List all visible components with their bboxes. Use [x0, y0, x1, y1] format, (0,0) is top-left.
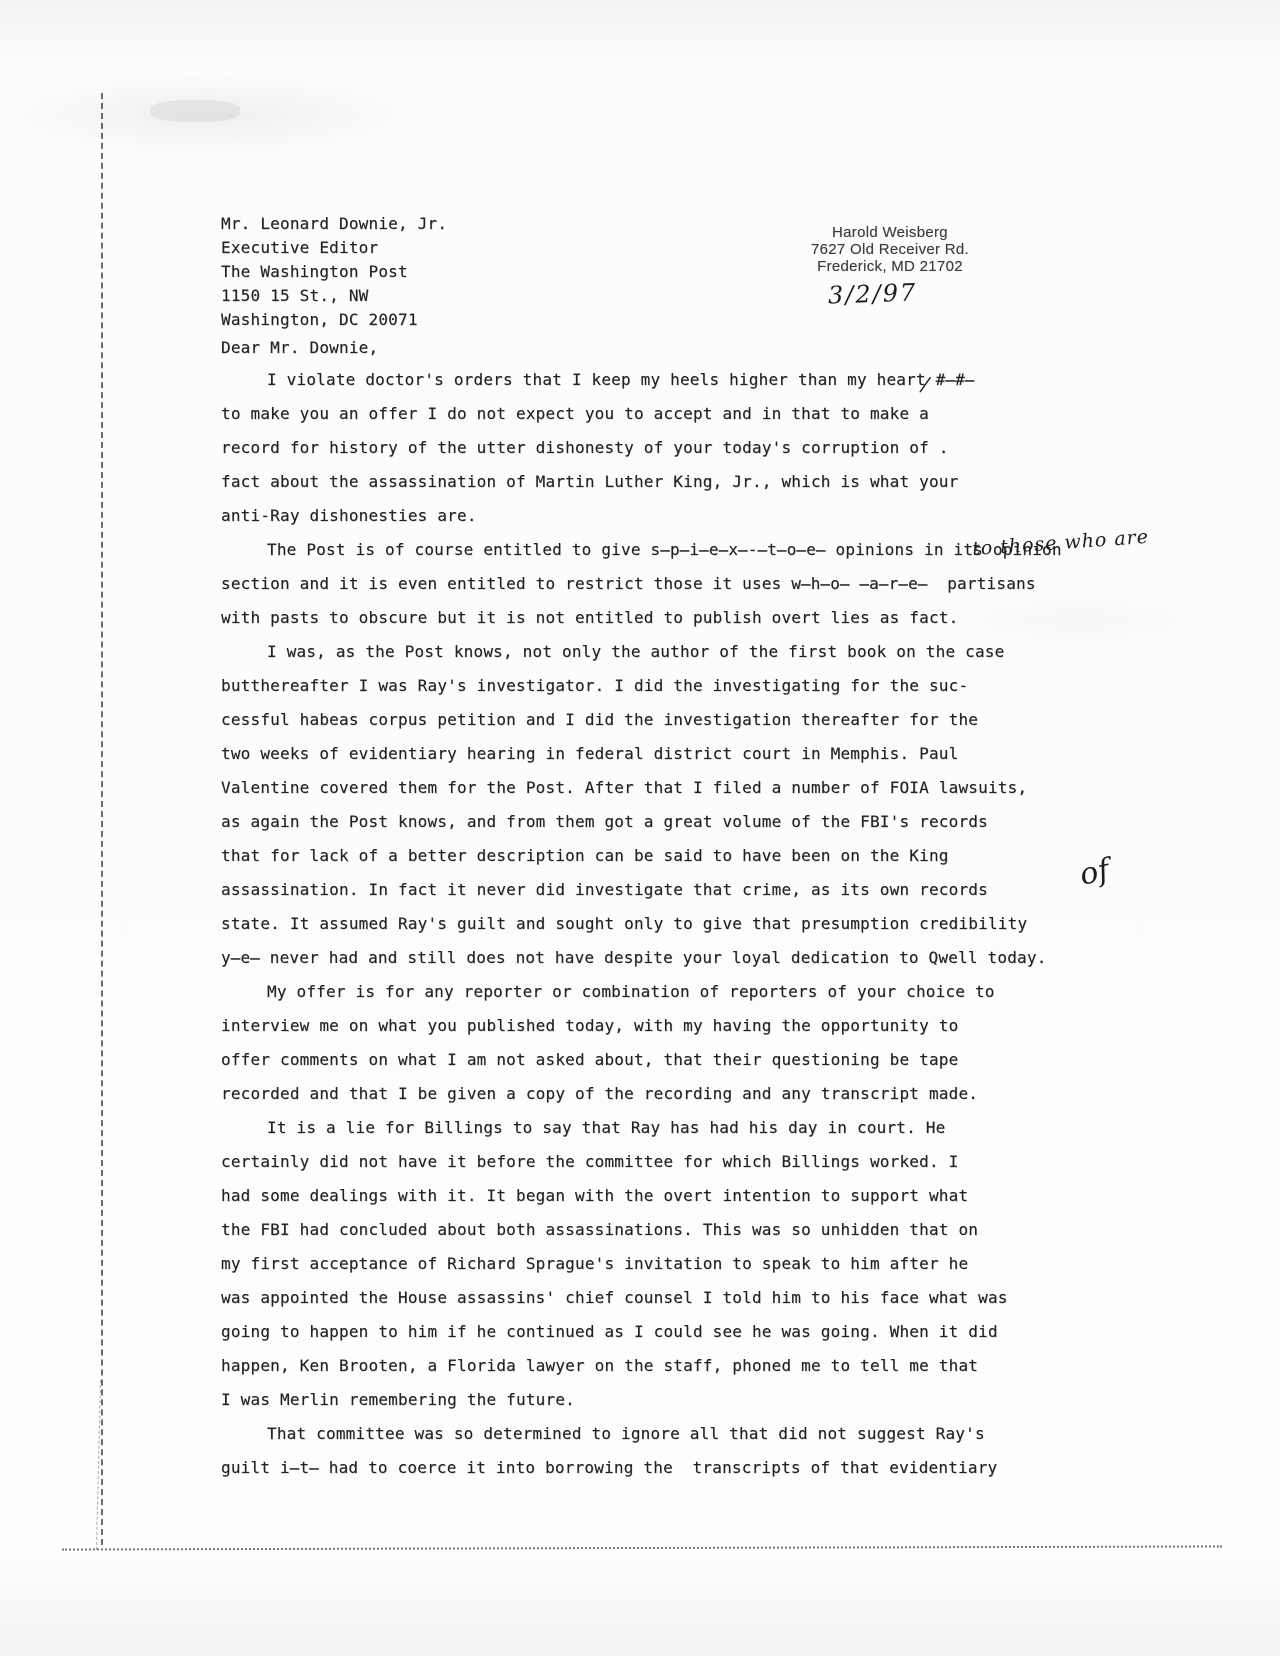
letter-body-line: The Post is of course entitled to give s…: [221, 533, 1031, 567]
salutation: Dear Mr. Downie,: [221, 338, 378, 357]
scan-smudge: [150, 100, 240, 122]
letter-body-line: record for history of the utter dishones…: [221, 431, 1031, 465]
letter-body-line: my first acceptance of Richard Sprague's…: [221, 1247, 1031, 1281]
handwritten-margin-mark: of: [1077, 852, 1113, 892]
letter-body-line: That committee was so determined to igno…: [221, 1417, 1031, 1451]
letter-body-line: It is a lie for Billings to say that Ray…: [221, 1111, 1031, 1145]
letter-body-line: was appointed the House assassins' chief…: [221, 1281, 1031, 1315]
scan-edge-line-bottom: [62, 1545, 1222, 1550]
recipient-address-block: Mr. Leonard Downie, Jr.Executive EditorT…: [221, 212, 447, 332]
letter-body-line: going to happen to him if he continued a…: [221, 1315, 1031, 1349]
scan-edge-line-left: [101, 93, 103, 1545]
letter-body-line: certainly did not have it before the com…: [221, 1145, 1031, 1179]
letter-body-line: guilt i̶t̶ had to coerce it into borrowi…: [221, 1451, 1031, 1485]
letter-body-line: fact about the assassination of Martin L…: [221, 465, 1031, 499]
recipient-address-line: Washington, DC 20071: [221, 308, 447, 332]
letter-body-line: with pasts to obscure but it is not enti…: [221, 601, 1031, 635]
scanned-letter-page: Mr. Leonard Downie, Jr.Executive EditorT…: [0, 0, 1280, 1656]
sender-address-line: Harold Weisberg: [780, 224, 1000, 241]
letter-body-line: Valentine covered them for the Post. Aft…: [221, 771, 1031, 805]
letter-body-line: cessful habeas corpus petition and I did…: [221, 703, 1031, 737]
letter-body: I violate doctor's orders that I keep my…: [221, 363, 1031, 1485]
letter-body-line: offer comments on what I am not asked ab…: [221, 1043, 1031, 1077]
recipient-address-line: Mr. Leonard Downie, Jr.: [221, 212, 447, 236]
letter-body-line: anti-Ray dishonesties are.: [221, 499, 1031, 533]
letter-body-line: y̶e̶ never had and still does not have d…: [221, 941, 1031, 975]
letter-body-line: interview me on what you published today…: [221, 1009, 1031, 1043]
letter-body-line: I violate doctor's orders that I keep my…: [221, 363, 1031, 397]
letter-body-line: section and it is even entitled to restr…: [221, 567, 1031, 601]
letter-body-line: recorded and that I be given a copy of t…: [221, 1077, 1031, 1111]
recipient-address-line: 1150 15 St., NW: [221, 284, 447, 308]
sender-address-line: Frederick, MD 21702: [780, 258, 1000, 275]
letter-body-line: My offer is for any reporter or combinat…: [221, 975, 1031, 1009]
letter-body-line: state. It assumed Ray's guilt and sought…: [221, 907, 1031, 941]
sender-address-stamp: Harold Weisberg7627 Old Receiver Rd.Fred…: [780, 224, 1000, 275]
letter-body-line: assassination. In fact it never did inve…: [221, 873, 1031, 907]
letter-body-line: had some dealings with it. It began with…: [221, 1179, 1031, 1213]
recipient-address-line: The Washington Post: [221, 260, 447, 284]
letter-body-line: to make you an offer I do not expect you…: [221, 397, 1031, 431]
letter-body-line: two weeks of evidentiary hearing in fede…: [221, 737, 1031, 771]
handwritten-date: 3/2/97: [828, 278, 918, 309]
letter-body-line: I was Merlin remembering the future.: [221, 1383, 1031, 1417]
letter-body-line: butthereafter I was Ray's investigator. …: [221, 669, 1031, 703]
letter-body-line: the FBI had concluded about both assassi…: [221, 1213, 1031, 1247]
letter-body-line: happen, Ken Brooten, a Florida lawyer on…: [221, 1349, 1031, 1383]
sender-address-line: 7627 Old Receiver Rd.: [780, 241, 1000, 258]
letter-body-line: as again the Post knows, and from them g…: [221, 805, 1031, 839]
letter-body-line: I was, as the Post knows, not only the a…: [221, 635, 1031, 669]
recipient-address-line: Executive Editor: [221, 236, 447, 260]
letter-body-line: that for lack of a better description ca…: [221, 839, 1031, 873]
